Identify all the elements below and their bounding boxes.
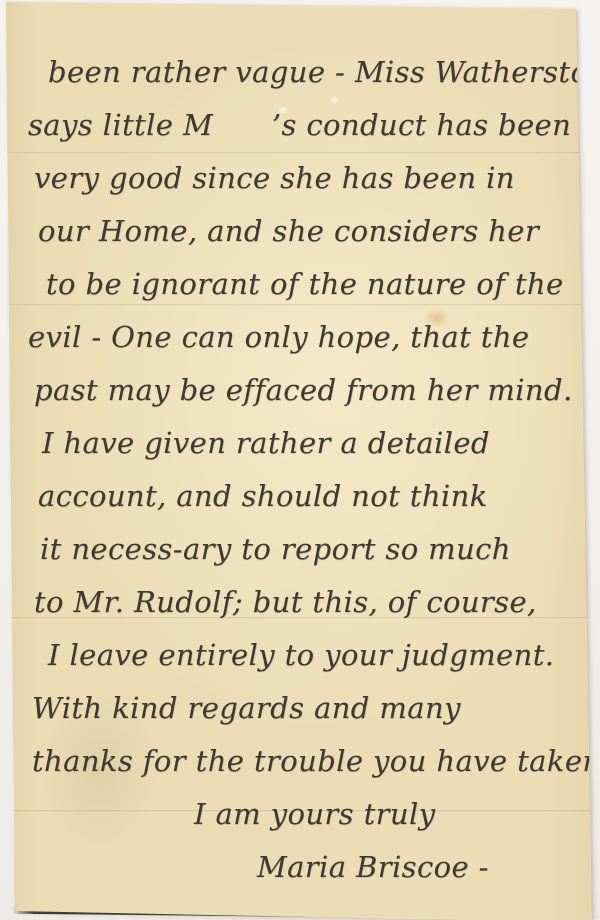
- handwritten-line: to Mr. Rudolf; but this, of course,: [22, 576, 574, 629]
- handwritten-line: thanks for the trouble you have taken: [22, 735, 574, 788]
- handwritten-text: to be ignorant of the nature of the: [46, 267, 564, 301]
- handwritten-line: account, and should not think: [22, 470, 574, 523]
- handwritten-line: been rather vague - Miss Watherston: [22, 46, 574, 99]
- handwritten-text: to Mr. Rudolf; but this, of course,: [34, 585, 537, 619]
- handwritten-line: I am yours truly: [22, 788, 574, 841]
- letter-body: been rather vague - Miss Watherston says…: [22, 46, 574, 894]
- letter-page: been rather vague - Miss Watherston says…: [0, 0, 600, 920]
- handwritten-text: With kind regards and many: [32, 691, 461, 725]
- handwritten-line: Maria Briscoe -: [22, 841, 574, 894]
- handwritten-text: account, and should not think: [38, 479, 488, 513]
- handwritten-line: our Home, and she considers her: [22, 205, 574, 258]
- handwritten-line: it necess-ary to report so much: [22, 523, 574, 576]
- handwritten-text: I am yours truly: [194, 797, 435, 831]
- handwritten-text: our Home, and she considers her: [38, 214, 539, 248]
- handwritten-text: I have given rather a detailed: [42, 426, 490, 460]
- handwritten-text: very good since she has been in: [34, 161, 515, 195]
- handwritten-text: it necess-ary to report so much: [40, 532, 511, 566]
- handwritten-text: evil - One can only hope, that the: [28, 320, 530, 354]
- handwritten-line: past may be effaced from her mind.: [22, 364, 574, 417]
- handwritten-text: Maria Briscoe -: [257, 850, 489, 884]
- handwritten-text: been rather vague - Miss Watherston: [48, 55, 600, 89]
- handwritten-text: I leave entirely to your judgment.: [48, 638, 554, 672]
- scan-background: been rather vague - Miss Watherston says…: [0, 0, 600, 920]
- handwritten-line: to be ignorant of the nature of the: [22, 258, 574, 311]
- handwritten-line: I leave entirely to your judgment.: [22, 629, 574, 682]
- letter-page-wrap: been rather vague - Miss Watherston says…: [0, 0, 600, 920]
- handwritten-line: With kind regards and many: [22, 682, 574, 735]
- handwritten-text: past may be effaced from her mind.: [34, 373, 573, 407]
- handwritten-text: says little M ’s conduct has been: [28, 108, 571, 142]
- handwritten-line: says little M ’s conduct has been: [22, 99, 574, 152]
- handwritten-line: I have given rather a detailed: [22, 417, 574, 470]
- handwritten-line: evil - One can only hope, that the: [22, 311, 574, 364]
- handwritten-text: thanks for the trouble you have taken: [32, 744, 600, 778]
- handwritten-line: very good since she has been in: [22, 152, 574, 205]
